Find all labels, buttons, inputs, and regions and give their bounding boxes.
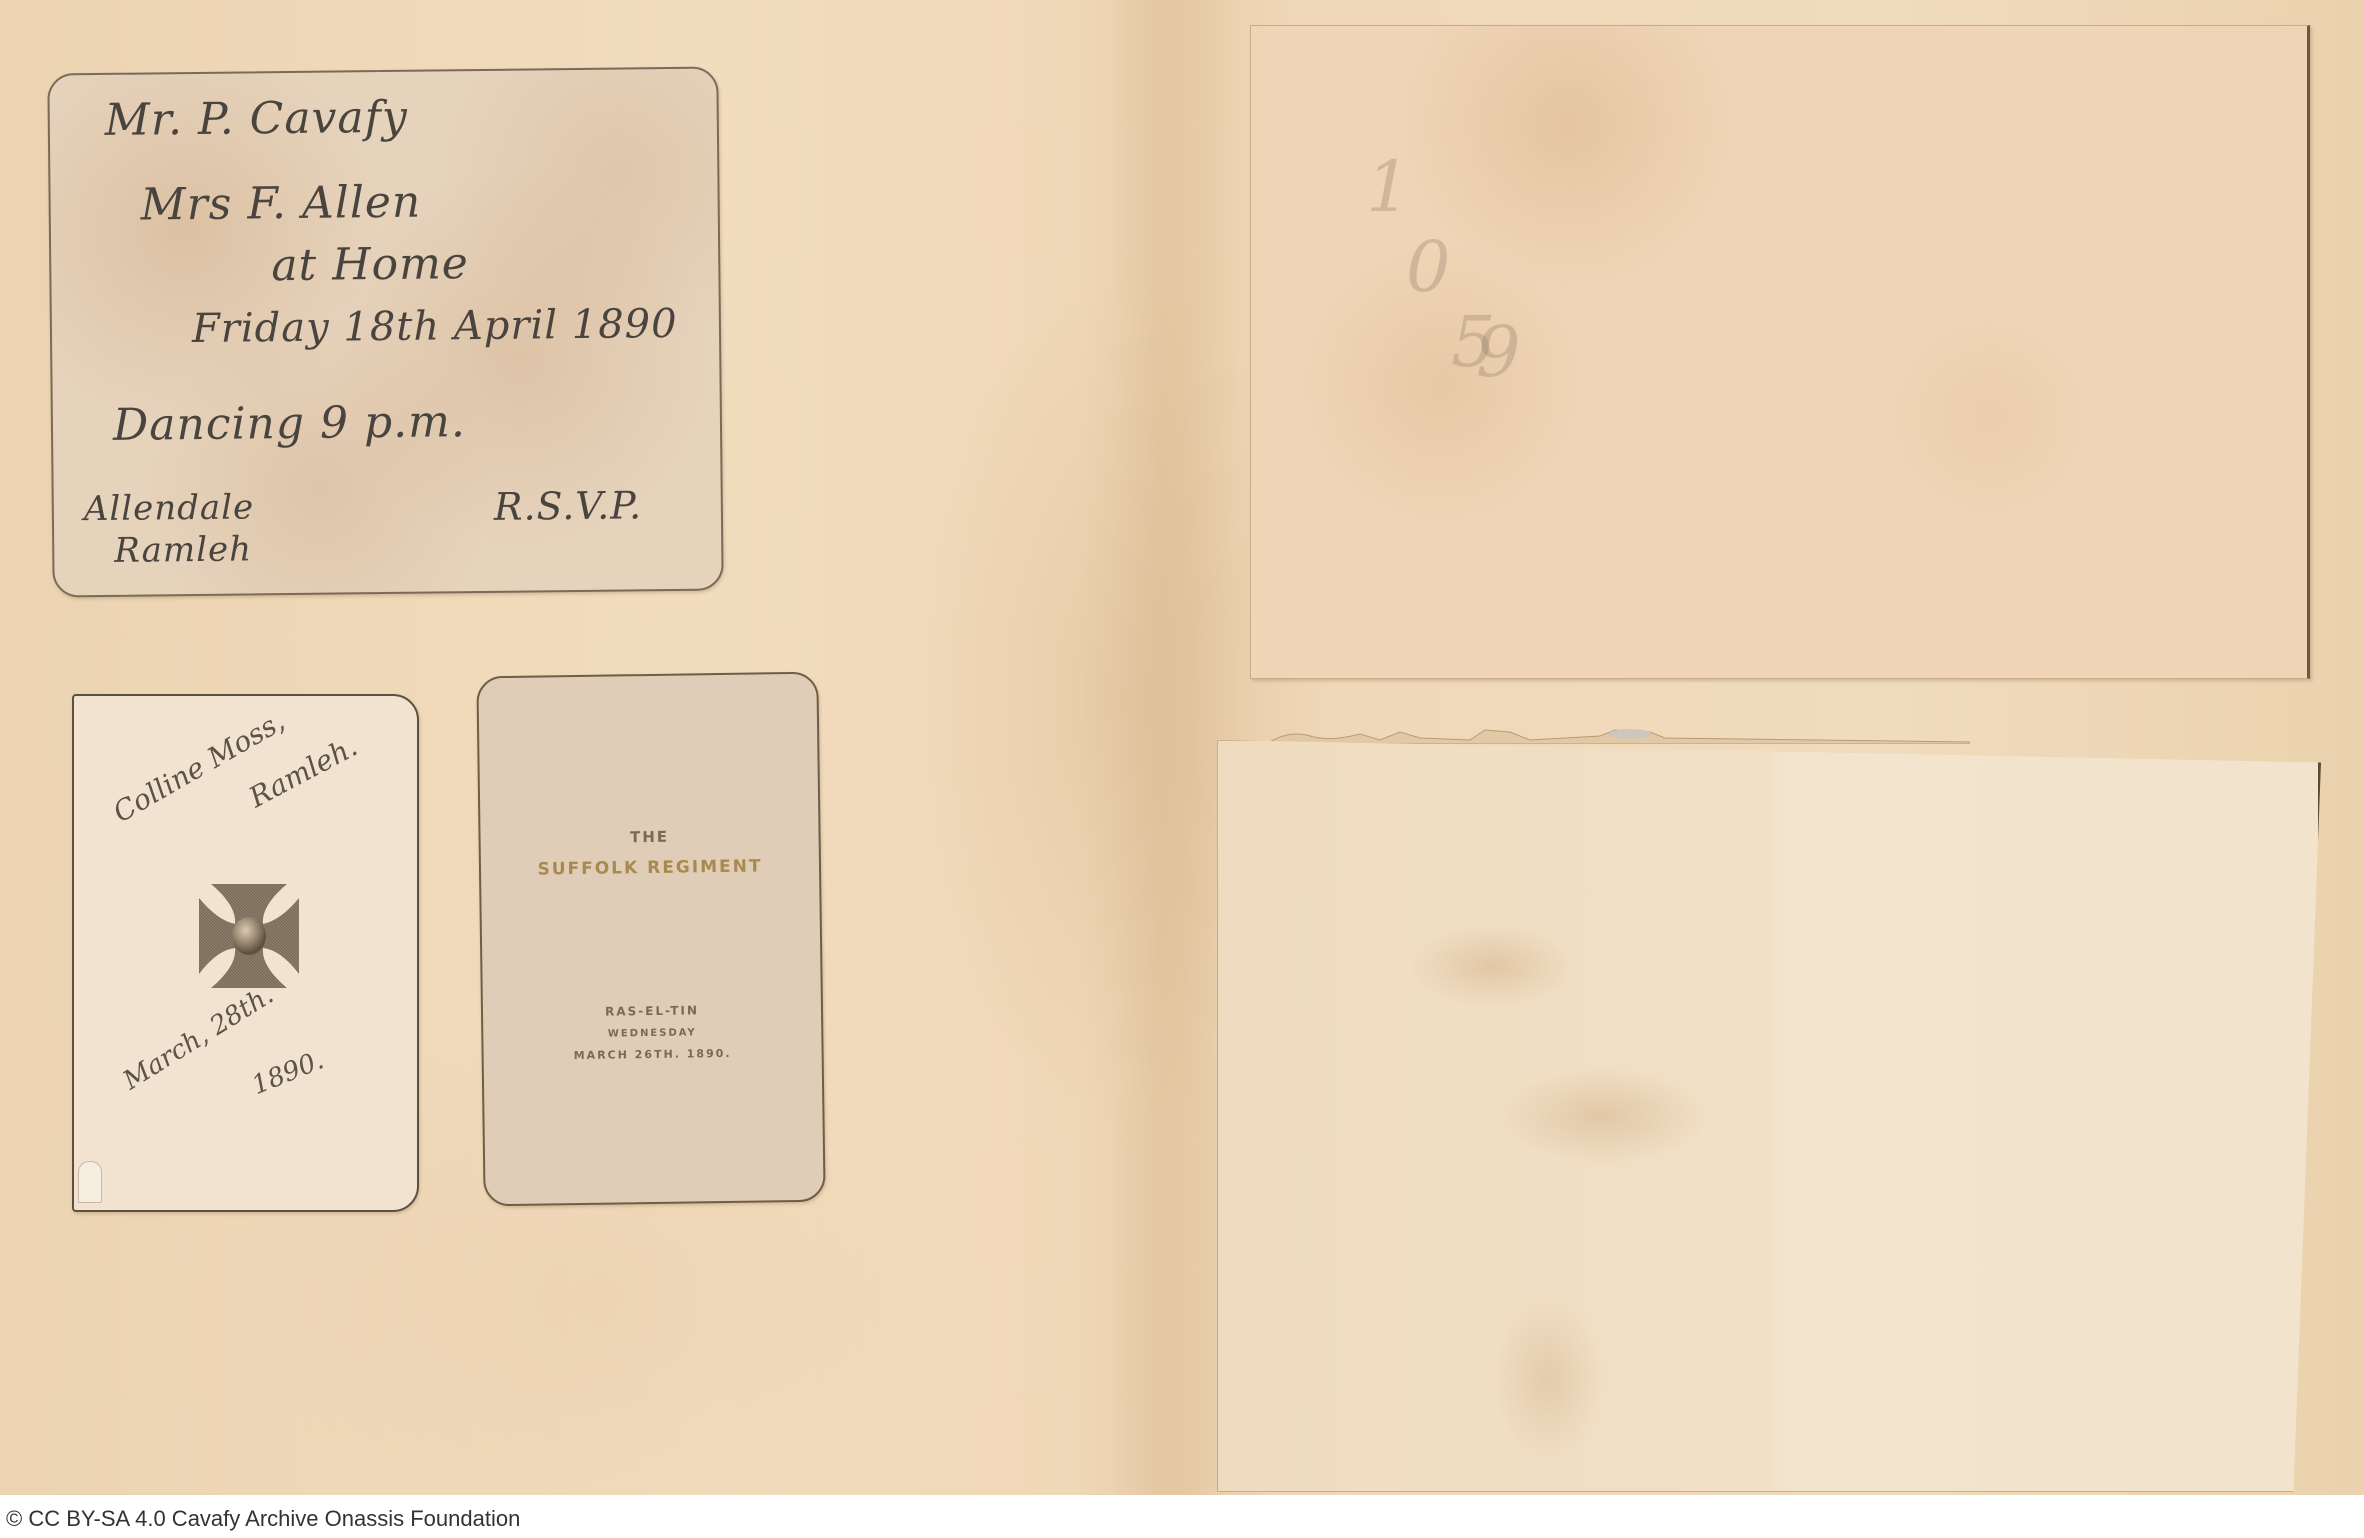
- suffolk-the-label: THE: [480, 826, 818, 849]
- invitation-line-town: Ramleh: [114, 529, 252, 570]
- maltese-cross-icon: [199, 884, 299, 988]
- suffolk-weekday: WEDNESDAY: [483, 1026, 821, 1042]
- colline-moss-card: Colline Moss, Ramleh. March, 28th. 1890.: [72, 694, 419, 1212]
- suffolk-regiment-card: THE SUFFOLK REGIMENT RAS-EL-TIN WEDNESDA…: [476, 672, 825, 1207]
- invitation-line-address: Allendale: [84, 487, 255, 529]
- invitation-line-host: Mrs F. Allen: [140, 177, 421, 231]
- card-mount-slot: [78, 1161, 102, 1203]
- invitation-line-date: Friday 18th April 1890: [192, 301, 678, 352]
- bottom-envelope: [1217, 740, 2321, 1492]
- colline-year-line: 1890.: [248, 1045, 328, 1101]
- invitation-line-at-home: at Home: [271, 238, 469, 291]
- top-envelope: 1 0 5 9: [1250, 25, 2310, 679]
- suffolk-date: MARCH 26TH. 1890.: [484, 1046, 822, 1064]
- torn-edge: [1270, 728, 1970, 744]
- album-spine: [1080, 0, 1240, 1495]
- album-page-spread: Mr. P. Cavafy Mrs F. Allen at Home Frida…: [0, 0, 2364, 1495]
- invitation-line-rsvp: R.S.V.P.: [494, 483, 643, 529]
- pencil-mark: 1: [1366, 146, 1411, 228]
- pencil-mark: 9: [1476, 311, 1521, 393]
- pencil-mark: 0: [1406, 226, 1451, 308]
- invitation-line-time: Dancing 9 p.m.: [113, 396, 466, 451]
- handwritten-invitation-card: Mr. P. Cavafy Mrs F. Allen at Home Frida…: [47, 67, 723, 598]
- suffolk-location: RAS-EL-TIN: [483, 1002, 821, 1021]
- invitation-line-recipient: Mr. P. Cavafy: [105, 92, 409, 146]
- copyright-caption: © CC BY-SA 4.0 Cavafy Archive Onassis Fo…: [6, 1506, 520, 1532]
- suffolk-regiment-title: SUFFOLK REGIMENT: [481, 856, 819, 881]
